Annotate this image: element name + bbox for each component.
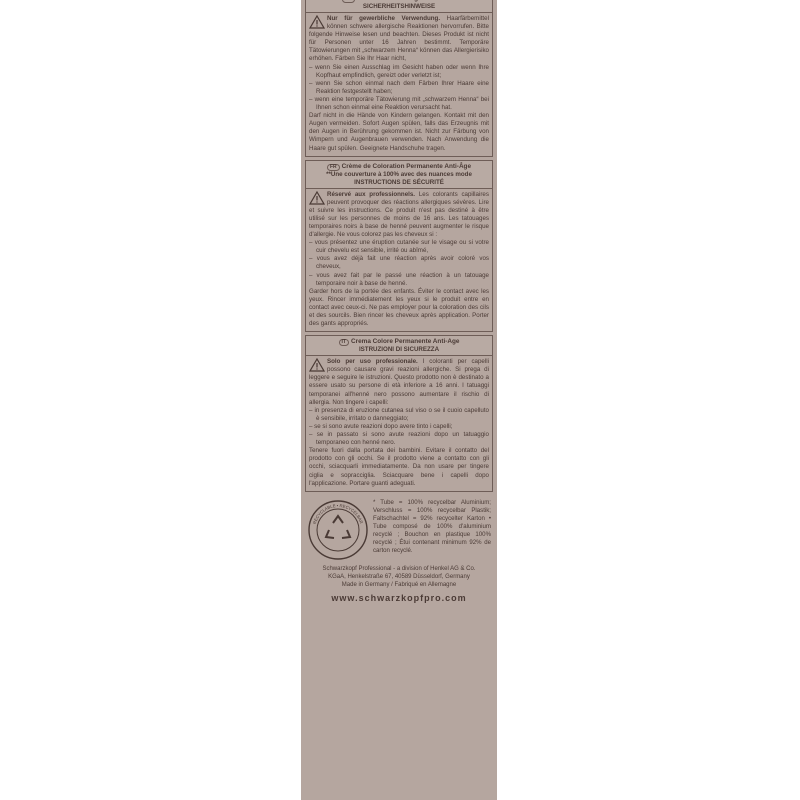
bullet-item: – vous présentez une éruption cutanée su…	[309, 239, 489, 255]
title-text: Crème de Coloration Permanente Anti-Âge	[342, 163, 471, 170]
section-header: DEPermanente Anti-Age Farbcreme SICHERHE…	[306, 0, 492, 13]
svg-text:RECYCLABLE • RECYCELBAR: RECYCLABLE • RECYCELBAR	[312, 503, 364, 525]
lead-text: Nur für gewerbliche Verwendung.	[327, 15, 440, 22]
section-subtitle: SICHERHEITSHINWEISE	[308, 3, 490, 11]
section-title: FRCrème de Coloration Permanente Anti-Âg…	[308, 163, 490, 171]
bullet-item: – wenn Sie einen Ausschlag im Gesicht ha…	[309, 64, 489, 80]
title-text: Crema Colore Permanente Anti-Age	[351, 338, 459, 345]
bullet-item: – vous avez fait par le passé une réacti…	[309, 272, 489, 288]
section-note: **Une couverture à 100% avec des nuances…	[308, 171, 490, 179]
section-title: ITCrema Colore Permanente Anti-Age	[308, 338, 490, 346]
company-line-1: Schwarzkopf Professional - a division of…	[305, 565, 493, 573]
section-body: Solo per uso professionale. I coloranti …	[306, 356, 492, 491]
bullet-item: – se in passato si sono avute reazioni d…	[309, 431, 489, 447]
warning-triangle-icon	[309, 358, 325, 372]
section-header: ITCrema Colore Permanente Anti-Age ISTRU…	[306, 336, 492, 356]
language-code-badge: IT	[339, 339, 349, 346]
outro-text: Garder hors de la portée des enfants. Év…	[309, 288, 489, 328]
section-italian: ITCrema Colore Permanente Anti-Age ISTRU…	[305, 335, 493, 492]
section-header: FRCrème de Coloration Permanente Anti-Âg…	[306, 161, 492, 189]
section-french: FRCrème de Coloration Permanente Anti-Âg…	[305, 160, 493, 333]
lead-text: Solo per uso professionale.	[327, 358, 418, 365]
made-in: Made in Germany / Fabriqué en Allemagne	[305, 581, 493, 589]
intro-text: Haarfärbemittel können schwere allergisc…	[309, 15, 489, 62]
outro-text: Darf nicht in die Hände von Kindern gela…	[309, 112, 489, 152]
recycling-info: RECYCLABLE • RECYCELBAR * Tube = 100% re…	[305, 495, 493, 561]
outro-text: Tenere fuori dalla portata dei bambini. …	[309, 447, 489, 487]
lead-text: Réservé aux professionnels.	[327, 191, 415, 198]
section-subtitle: INSTRUCTIONS DE SÉCURITÉ	[308, 179, 490, 187]
language-code-badge: FR	[327, 164, 340, 171]
bullet-item: – se si sono avute reazioni dopo avere t…	[309, 423, 489, 431]
manufacturer-info: Schwarzkopf Professional - a division of…	[305, 565, 493, 590]
section-german: DEPermanente Anti-Age Farbcreme SICHERHE…	[305, 0, 493, 157]
warning-triangle-icon	[309, 15, 325, 29]
warning-triangle-icon	[309, 191, 325, 205]
bullet-item: – wenn eine temporäre Tätowierung mit „s…	[309, 96, 489, 112]
recycle-icon: RECYCLABLE • RECYCELBAR	[307, 499, 369, 561]
bullet-item: – wenn Sie schon einmal nach dem Färben …	[309, 80, 489, 96]
product-label-strip: DEPermanente Anti-Age Farbcreme SICHERHE…	[301, 0, 497, 800]
section-body: Réservé aux professionnels. Les colorant…	[306, 189, 492, 332]
intro-text: Les colorants capillaires peuvent provoq…	[309, 191, 489, 238]
materials-text: * Tube = 100% recycelbar Aluminium; Vers…	[373, 499, 491, 561]
section-body: Nur für gewerbliche Verwendung. Haarfärb…	[306, 13, 492, 156]
company-line-2: KGaA, Henkelstraße 67, 40589 Düsseldorf,…	[305, 573, 493, 581]
intro-text: I coloranti per capelli possono causare …	[309, 358, 489, 405]
section-subtitle: ISTRUZIONI DI SICUREZZA	[308, 346, 490, 354]
title-text: Permanente Anti-Age Farbcreme	[357, 0, 456, 2]
language-code-badge: DE	[342, 0, 355, 3]
bullet-item: – in presenza di eruzione cutanea sul vi…	[309, 407, 489, 423]
bullet-item: – vous avez déjà fait une réaction après…	[309, 255, 489, 271]
website-url: www.schwarzkopfpro.com	[305, 593, 493, 603]
